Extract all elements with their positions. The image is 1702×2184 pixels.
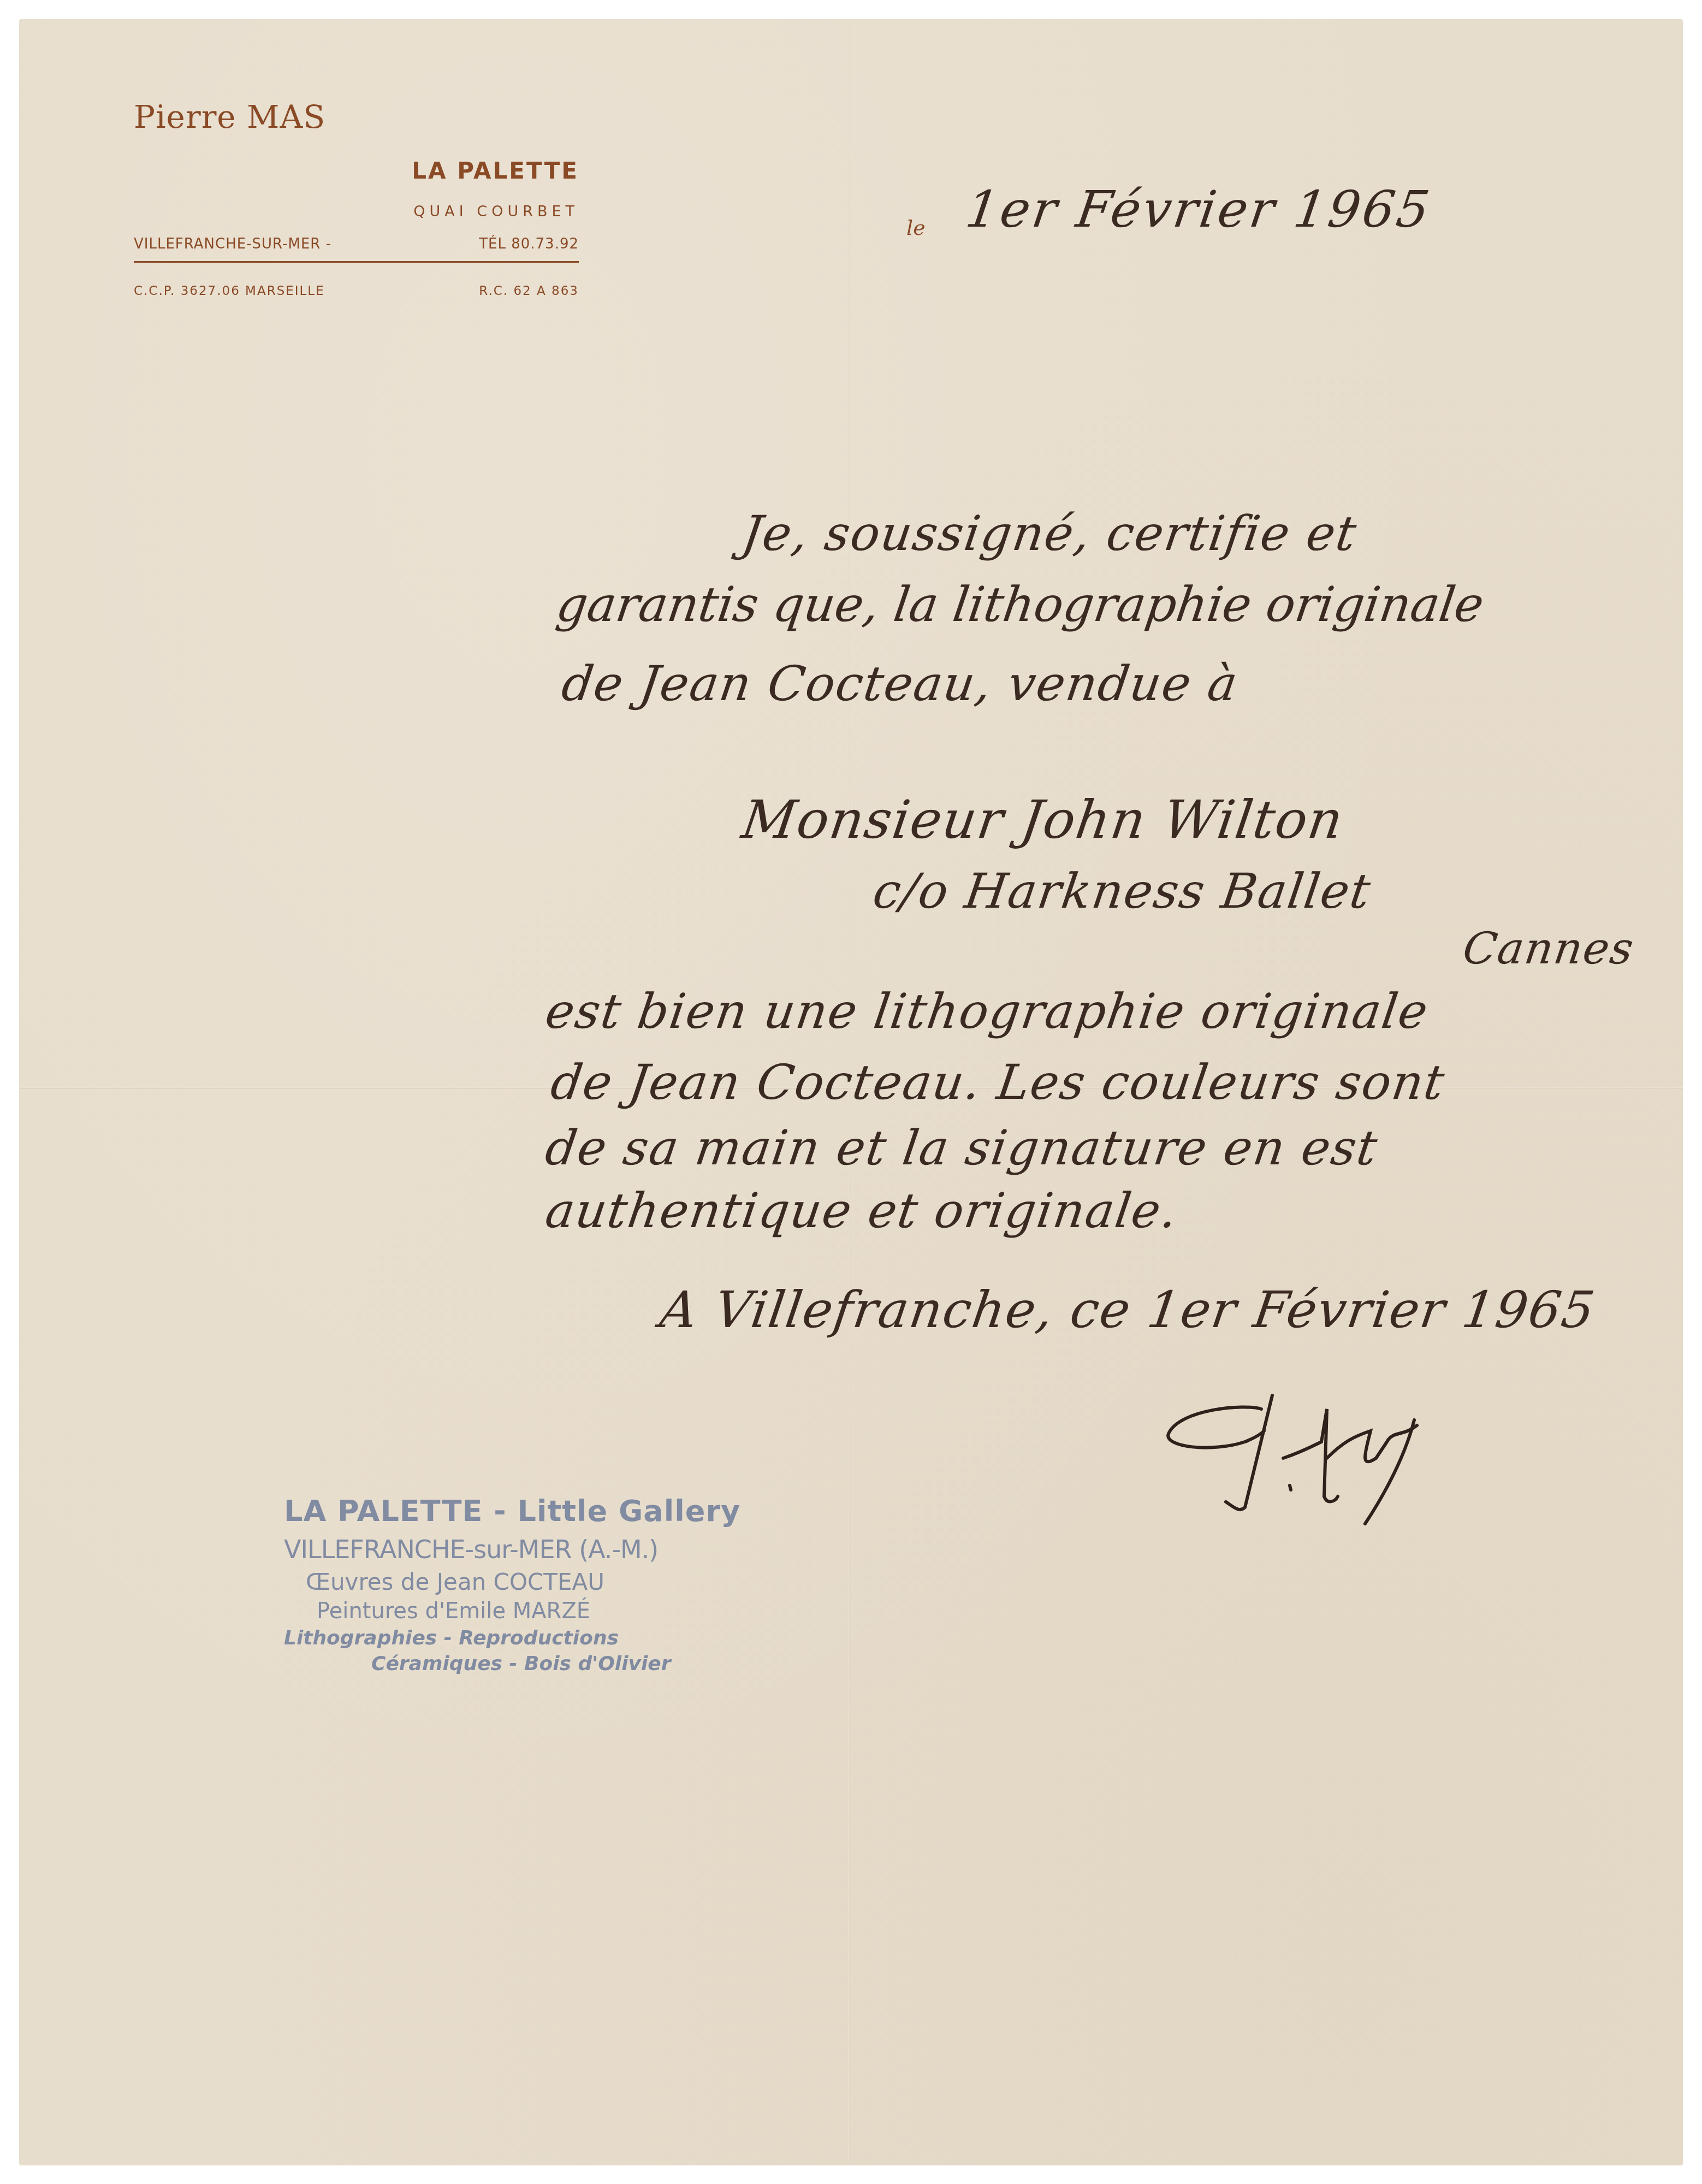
- letterhead-phone: TÉL 80.73.92: [479, 236, 579, 252]
- recipient-care-of: c/o Harkness Ballet: [870, 863, 1375, 919]
- stamp-line: Œuvres de Jean COCTEAU: [284, 1569, 740, 1595]
- letterhead-city: VILLEFRANCHE-SUR-MER -: [134, 236, 331, 252]
- body-line: de sa main et la signature en est: [542, 1120, 1381, 1176]
- body-line: de Jean Cocteau, vendue à: [559, 655, 1242, 712]
- body-line: garantis que, la lithographie originale: [553, 576, 1487, 632]
- letterhead-gallery: LA PALETTE: [349, 157, 579, 184]
- letterhead-registration-line: C.C.P. 3627.06 MARSEILLE R.C. 62 A 863: [134, 284, 579, 298]
- recipient-name: Monsieur John Wilton: [738, 789, 1348, 850]
- body-line: authentique et originale.: [542, 1182, 1182, 1239]
- date-prefix: le: [906, 216, 926, 240]
- letterhead-city-line: VILLEFRANCHE-SUR-MER - TÉL 80.73.92: [134, 236, 579, 252]
- letterhead-street: QUAI COURBET: [349, 203, 579, 220]
- stamp-line: VILLEFRANCHE-sur-MER (A.-M.): [284, 1535, 740, 1564]
- stamp-line: Lithographies - Reproductions: [284, 1627, 740, 1649]
- letterhead-divider: [134, 261, 579, 263]
- signature-icon: [1147, 1376, 1485, 1540]
- gallery-stamp: LA PALETTE - Little Gallery VILLEFRANCHE…: [284, 1494, 740, 1675]
- stamp-line: LA PALETTE - Little Gallery: [284, 1494, 740, 1528]
- letterhead-bank-account: C.C.P. 3627.06 MARSEILLE: [134, 284, 325, 298]
- body-line: est bien une lithographie originale: [542, 983, 1432, 1039]
- closing-place-date: A Villefranche, ce 1er Février 1965: [656, 1281, 1599, 1339]
- body-line: Je, soussigné, certifie et: [739, 505, 1361, 561]
- stamp-line: Céramiques - Bois d'Olivier: [284, 1653, 740, 1675]
- letterhead-trade-register: R.C. 62 A 863: [479, 284, 579, 298]
- stamp-line: Peintures d'Emile MARZÉ: [284, 1599, 740, 1624]
- recipient-city: Cannes: [1460, 923, 1637, 974]
- handwritten-date: 1er Février 1965: [962, 180, 1435, 239]
- letterhead-name: Pierre MAS: [134, 98, 325, 135]
- body-line: de Jean Cocteau. Les couleurs sont: [548, 1054, 1449, 1110]
